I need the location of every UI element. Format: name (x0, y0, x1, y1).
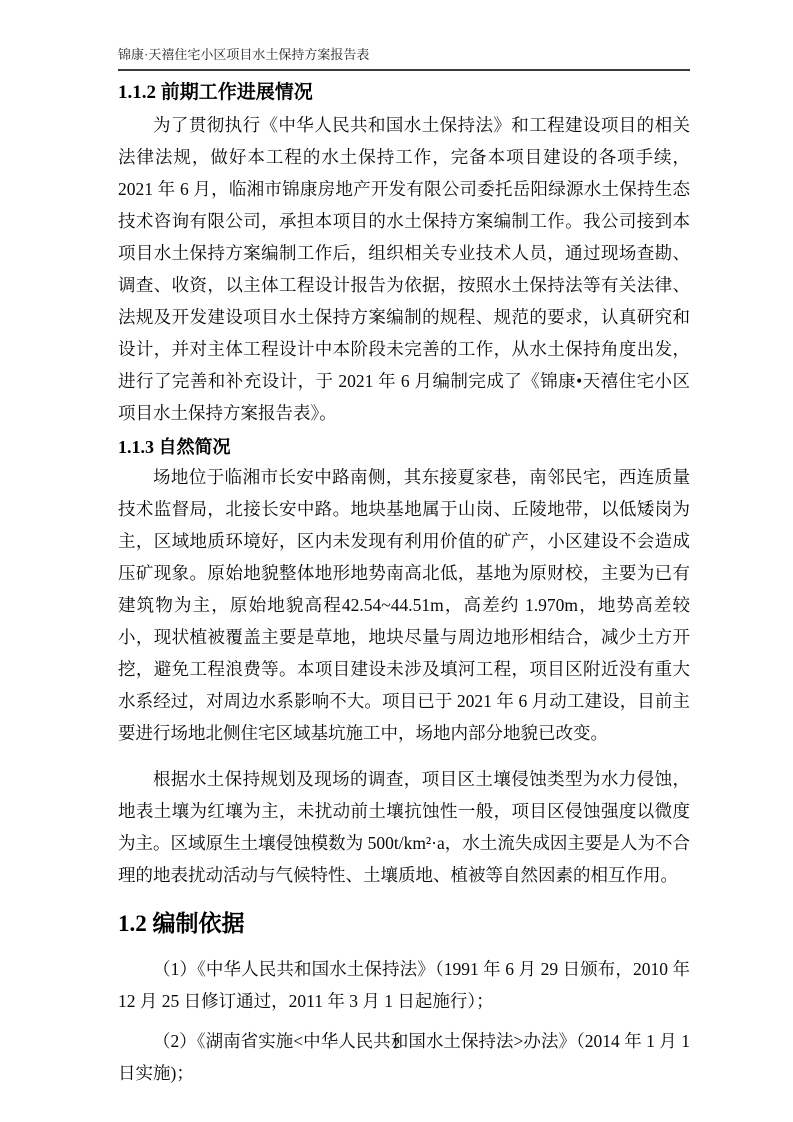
document-page: 锦康·天禧住宅小区项目水土保持方案报告表 1.1.2 前期工作进展情况 为了贯彻… (0, 0, 793, 1122)
paragraph-work-progress: 为了贯彻执行《中华人民共和国水土保持法》和工程建设项目的相关法律法规，做好本工程… (118, 109, 690, 429)
heading-1-2: 1.2 编制依据 (118, 909, 690, 939)
page-number: 2 (0, 1036, 793, 1053)
paragraph-site-overview: 场地位于临湘市长安中路南侧，其东接夏家巷，南邻民宅，西连质量技术监督局，北接长安… (118, 461, 690, 749)
page-content: 锦康·天禧住宅小区项目水土保持方案报告表 1.1.2 前期工作进展情况 为了贯彻… (118, 46, 690, 1089)
basis-item-2: （2）《湖南省实施<中华人民共和国水土保持法>办法》（2014 年 1 月 1 … (118, 1025, 690, 1089)
heading-1-1-3: 1.1.3 自然简况 (118, 435, 690, 459)
heading-1-1-2: 1.1.2 前期工作进展情况 (118, 81, 690, 105)
basis-item-1: （1）《中华人民共和国水土保持法》（1991 年 6 月 29 日颁布，2010… (118, 953, 690, 1017)
running-header: 锦康·天禧住宅小区项目水土保持方案报告表 (118, 46, 690, 71)
running-header-title: 锦康·天禧住宅小区项目水土保持方案报告表 (118, 47, 369, 62)
paragraph-soil-erosion: 根据水土保持规划及现场的调查，项目区土壤侵蚀类型为水力侵蚀，地表土壤为红壤为主，… (118, 763, 690, 891)
